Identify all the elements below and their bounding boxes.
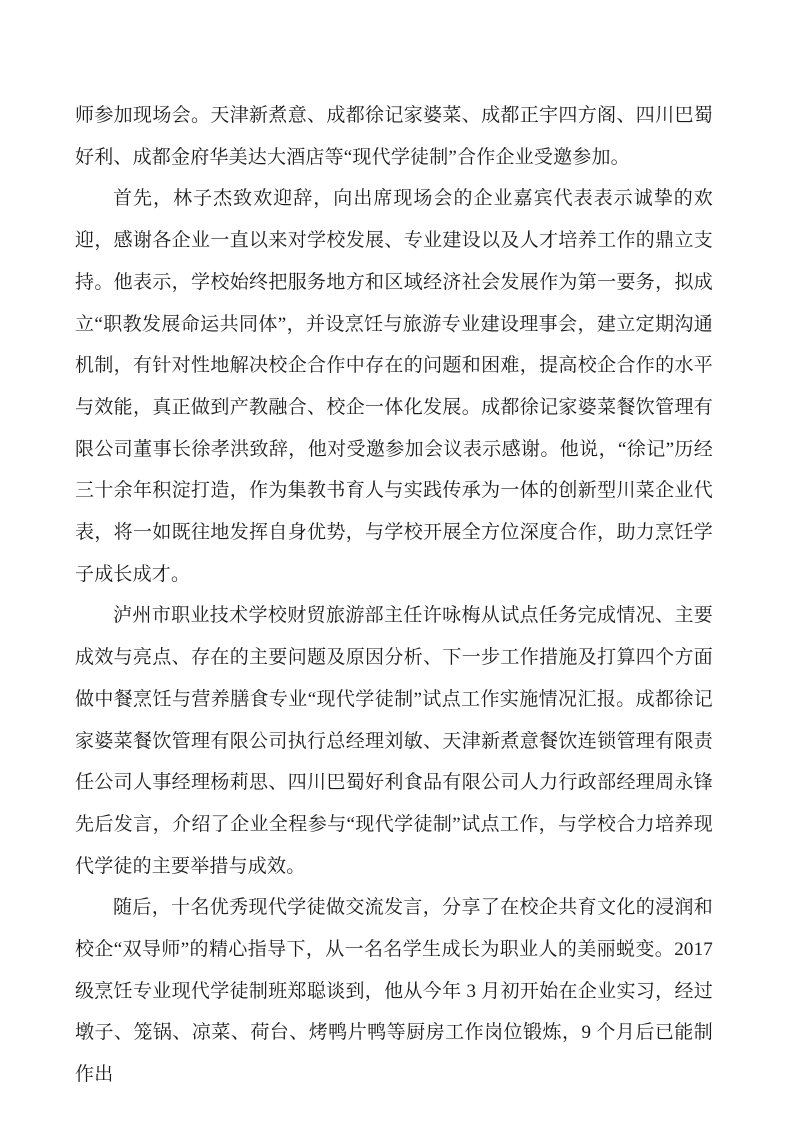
paragraph-4: 随后，十名优秀现代学徒做交流发言，分享了在校企共育文化的浸润和校企“双导师”的精… [75, 887, 713, 1096]
document-page: 师参加现场会。天津新煮意、成都徐记家婆菜、成都正宇四方阁、四川巴蜀好利、成都金府… [0, 0, 793, 1122]
paragraph-1: 师参加现场会。天津新煮意、成都徐记家婆菜、成都正宇四方阁、四川巴蜀好利、成都金府… [75, 95, 713, 178]
document-text-block: 师参加现场会。天津新煮意、成都徐记家婆菜、成都正宇四方阁、四川巴蜀好利、成都金府… [75, 95, 713, 1096]
paragraph-3: 泸州市职业技术学校财贸旅游部主任许咏梅从试点任务完成情况、主要成效与亮点、存在的… [75, 595, 713, 887]
paragraph-2: 首先，林子杰致欢迎辞，向出席现场会的企业嘉宾代表表示诚挚的欢迎，感谢各企业一直以… [75, 178, 713, 595]
